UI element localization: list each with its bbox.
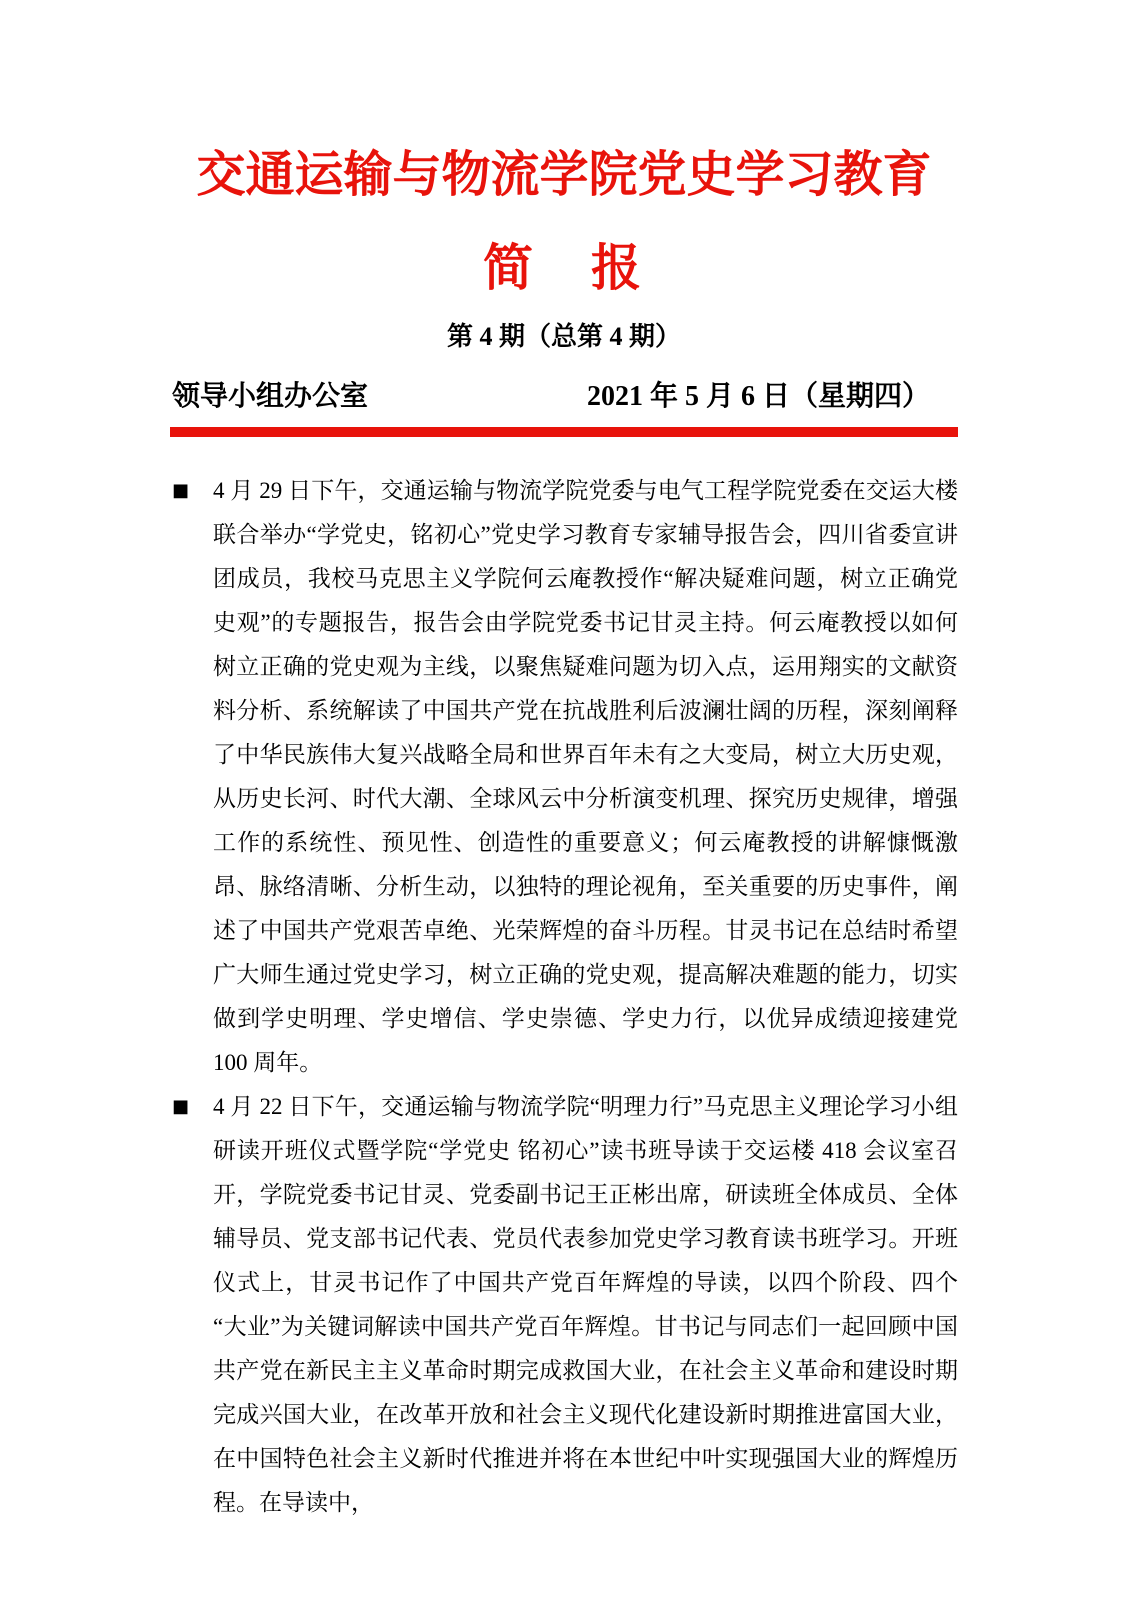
bulletin-body: ■ 4 月 29 日下午，交通运输与物流学院党委与电气工程学院党委在交运大楼联合… — [170, 469, 958, 1525]
issue-number: 第 4 期（总第 4 期） — [170, 320, 958, 354]
square-bullet-icon: ■ — [172, 469, 212, 513]
bulletin-title: 交通运输与物流学院党史学习教育 — [170, 146, 958, 205]
news-item-text: 4 月 22 日下午，交通运输与物流学院“明理力行”马克思主义理论学习小组研读开… — [213, 1094, 958, 1515]
bulletin-header: 交通运输与物流学院党史学习教育 简 报 第 4 期（总第 4 期） 领导小组办公… — [170, 0, 958, 445]
news-item: ■ 4 月 22 日下午，交通运输与物流学院“明理力行”马克思主义理论学习小组研… — [170, 1085, 958, 1525]
issuing-office: 领导小组办公室 — [170, 378, 368, 413]
masthead-row: 领导小组办公室 2021 年 5 月 6 日（星期四） — [170, 378, 958, 414]
news-item-text: 4 月 29 日下午，交通运输与物流学院党委与电气工程学院党委在交运大楼联合举办… — [213, 478, 958, 1075]
square-bullet-icon: ■ — [172, 1085, 212, 1129]
bulletin-page: 交通运输与物流学院党史学习教育 简 报 第 4 期（总第 4 期） 领导小组办公… — [0, 0, 1131, 1600]
bulletin-subtitle: 简 报 — [170, 238, 958, 298]
issue-date: 2021 年 5 月 6 日（星期四） — [587, 379, 958, 414]
red-divider-rule — [170, 427, 958, 437]
news-item: ■ 4 月 29 日下午，交通运输与物流学院党委与电气工程学院党委在交运大楼联合… — [170, 469, 958, 1085]
